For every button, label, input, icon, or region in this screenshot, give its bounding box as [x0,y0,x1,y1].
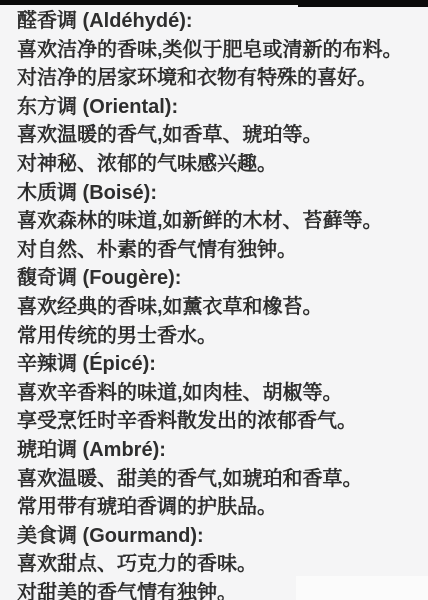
bottom-right-light-patch [296,576,428,600]
section-description-line: 喜欢森林的味道,如新鲜的木材、苔藓等。 [17,207,420,236]
section-title: 美食调 (Gourmand): [17,522,420,551]
section-ambre: 琥珀调 (Ambré): 喜欢温暖、甜美的香气,如琥珀和香草。 常用带有琥珀香调… [17,436,420,522]
section-description-line: 喜欢温暖、甜美的香气,如琥珀和香草。 [17,465,420,494]
section-title: 木质调 (Boisé): [17,179,420,208]
section-fougere: 馥奇调 (Fougère): 喜欢经典的香味,如薰衣草和橡苔。 常用传统的男士香… [17,264,420,350]
section-description-line: 对自然、朴素的香气情有独钟。 [17,236,420,265]
section-description-line: 对洁净的居家环境和衣物有特殊的喜好。 [17,64,420,93]
section-description-line: 对神秘、浓郁的气味感兴趣。 [17,150,420,179]
fragrance-notes-document: 醛香调 (Aldéhydé): 喜欢洁净的香味,类似于肥皂或清新的布料。 对洁净… [0,5,428,600]
section-description-line: 喜欢洁净的香味,类似于肥皂或清新的布料。 [17,36,420,65]
section-title: 馥奇调 (Fougère): [17,264,420,293]
section-description-line: 喜欢温暖的香气,如香草、琥珀等。 [17,121,420,150]
section-description-line: 喜欢经典的香味,如薰衣草和橡苔。 [17,293,420,322]
section-epice: 辛辣调 (Épicé): 喜欢辛香料的味道,如肉桂、胡椒等。 享受烹饪时辛香料散… [17,350,420,436]
section-description-line: 喜欢甜点、巧克力的香味。 [17,550,420,579]
section-description-line: 喜欢辛香料的味道,如肉桂、胡椒等。 [17,379,420,408]
section-title: 琥珀调 (Ambré): [17,436,420,465]
section-aldehyde: 醛香调 (Aldéhydé): 喜欢洁净的香味,类似于肥皂或清新的布料。 对洁净… [17,7,420,93]
section-boise: 木质调 (Boisé): 喜欢森林的味道,如新鲜的木材、苔藓等。 对自然、朴素的… [17,179,420,265]
section-oriental: 东方调 (Oriental): 喜欢温暖的香气,如香草、琥珀等。 对神秘、浓郁的… [17,93,420,179]
section-title: 醛香调 (Aldéhydé): [17,7,420,36]
section-description-line: 享受烹饪时辛香料散发出的浓郁香气。 [17,407,420,436]
section-description-line: 常用传统的男士香水。 [17,322,420,351]
section-description-line: 常用带有琥珀香调的护肤品。 [17,493,420,522]
section-title: 辛辣调 (Épicé): [17,350,420,379]
section-title: 东方调 (Oriental): [17,93,420,122]
